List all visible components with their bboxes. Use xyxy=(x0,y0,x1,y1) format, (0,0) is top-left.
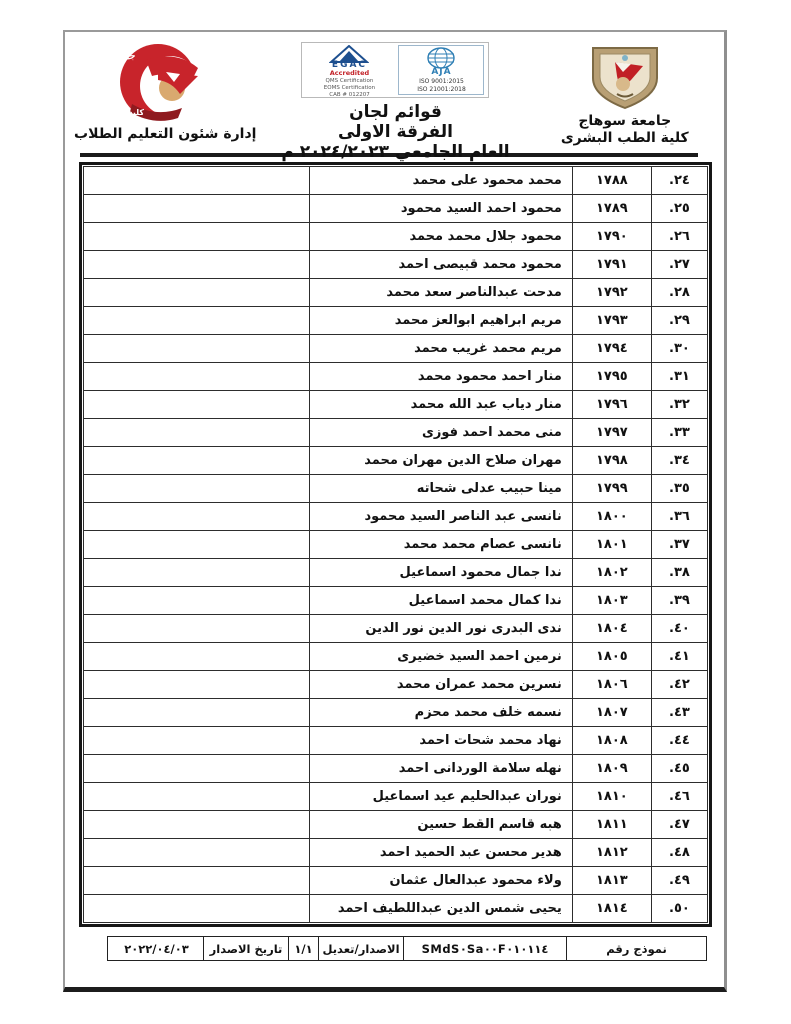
table-row: ٤٨.١٨١٢هدير محسن عبد الحميد احمد xyxy=(84,839,708,867)
issue-revision-value: ١/١ xyxy=(288,937,318,960)
empty-cell xyxy=(84,251,310,279)
student-name-cell: نوران عبدالحليم عيد اسماعيل xyxy=(310,783,572,811)
student-name-cell: مهران صلاح الدين مهران محمد xyxy=(310,447,572,475)
table-row: ٣٥.١٧٩٩مينا حبيب عدلى شحاته xyxy=(84,475,708,503)
empty-cell xyxy=(84,307,310,335)
student-name-cell: منار دياب عبد الله محمد xyxy=(310,391,572,419)
row-number-cell: ٤٢. xyxy=(651,671,707,699)
row-number-cell: ٣٤. xyxy=(651,447,707,475)
serial-number-cell: ١٧٩٥ xyxy=(572,363,651,391)
student-name-cell: هدير محسن عبد الحميد احمد xyxy=(310,839,572,867)
accreditation-logos: EGAC Accredited QMS Certification EOMS C… xyxy=(301,42,489,98)
student-name-cell: محمود جلال محمد محمد xyxy=(310,223,572,251)
table-row: ٢٩.١٧٩٣مريم ابراهيم ابوالعز محمد xyxy=(84,307,708,335)
egac-accredited: Accredited xyxy=(306,70,392,77)
serial-number-cell: ١٨٠٣ xyxy=(572,587,651,615)
serial-number-cell: ١٨٠٤ xyxy=(572,615,651,643)
faculty-name: كلية الطب البشرى xyxy=(561,130,689,147)
student-name-cell: نسرين محمد عمران محمد xyxy=(310,671,572,699)
doc-title-committees: قوائم لجان xyxy=(281,102,509,122)
scanned-page: { "header": { "university": "جامعة سوهاج… xyxy=(0,0,791,1024)
row-number-cell: ٤٣. xyxy=(651,699,707,727)
student-name-cell: مريم محمد غريب محمد xyxy=(310,335,572,363)
empty-cell xyxy=(84,783,310,811)
serial-number-cell: ١٧٨٨ xyxy=(572,167,651,195)
row-number-cell: ٣٩. xyxy=(651,587,707,615)
student-name-cell: هبه قاسم القط حسين xyxy=(310,811,572,839)
empty-cell xyxy=(84,223,310,251)
table-row: ٤٥.١٨٠٩نهله سلامة الوردانى احمد xyxy=(84,755,708,783)
row-number-cell: ٤٤. xyxy=(651,727,707,755)
serial-number-cell: ١٧٩٦ xyxy=(572,391,651,419)
row-number-cell: ٣٨. xyxy=(651,559,707,587)
header: جامعة سوهاج كلية الطب البشرى EGAC Accred… xyxy=(65,32,724,153)
table-row: ٣٧.١٨٠١نانسى عصام محمد محمد xyxy=(84,531,708,559)
student-name-cell: محمود محمد قبيصى احمد xyxy=(310,251,572,279)
empty-cell xyxy=(84,559,310,587)
serial-number-cell: ١٧٩١ xyxy=(572,251,651,279)
serial-number-cell: ١٧٩٨ xyxy=(572,447,651,475)
egac-cert-line2: EOMS Certification xyxy=(306,85,392,91)
row-number-cell: ٣٣. xyxy=(651,419,707,447)
row-number-cell: ٤٠. xyxy=(651,615,707,643)
row-number-cell: ٣٧. xyxy=(651,531,707,559)
table-row: ٤٦.١٨١٠نوران عبدالحليم عيد اسماعيل xyxy=(84,783,708,811)
empty-cell xyxy=(84,335,310,363)
table-row: ٤٤.١٨٠٨نهاد محمد شحات احمد xyxy=(84,727,708,755)
student-name-cell: نسمه خلف محمد محزم xyxy=(310,699,572,727)
serial-number-cell: ١٨٠٠ xyxy=(572,503,651,531)
row-number-cell: ٤٧. xyxy=(651,811,707,839)
serial-number-cell: ١٧٩٢ xyxy=(572,279,651,307)
serial-number-cell: ١٨١٢ xyxy=(572,839,651,867)
table-row: ٢٨.١٧٩٢مدحت عبدالناصر سعد محمد xyxy=(84,279,708,307)
row-number-cell: ٢٦. xyxy=(651,223,707,251)
university-shield-icon xyxy=(587,46,663,110)
egac-logo: EGAC Accredited QMS Certification EOMS C… xyxy=(306,45,392,95)
student-name-cell: ندا جمال محمود اسماعيل xyxy=(310,559,572,587)
serial-number-cell: ١٨٠٥ xyxy=(572,643,651,671)
egac-cert-line3: CAB # 012207 xyxy=(306,92,392,98)
empty-cell xyxy=(84,531,310,559)
aja-logo: AJA ISO 9001:2015 ISO 21001:2018 xyxy=(398,45,484,95)
svg-text:كلية الطب: كلية الطب xyxy=(106,108,144,117)
student-name-cell: ولاء محمود عبدالعال عثمان xyxy=(310,867,572,895)
serial-number-cell: ١٧٩٣ xyxy=(572,307,651,335)
table-row: ٣٤.١٧٩٨مهران صلاح الدين مهران محمد xyxy=(84,447,708,475)
doc-title-academic-year: العام الجامعي ٢٠٢٤/٢٠٢٣ م xyxy=(281,142,509,162)
student-name-cell: محمد محمود على محمد xyxy=(310,167,572,195)
serial-number-cell: ١٨١٤ xyxy=(572,895,651,923)
egac-cert-line1: QMS Certification xyxy=(306,78,392,84)
table-row: ٢٤.١٧٨٨محمد محمود على محمد xyxy=(84,167,708,195)
serial-number-cell: ١٧٨٩ xyxy=(572,195,651,223)
student-name-cell: نهله سلامة الوردانى احمد xyxy=(310,755,572,783)
aja-iso-line2: ISO 21001:2018 xyxy=(399,86,483,93)
serial-number-cell: ١٧٩٧ xyxy=(572,419,651,447)
issue-date-value: ٢٠٢٢/٠٤/٠٣ xyxy=(110,937,203,960)
empty-cell xyxy=(84,671,310,699)
empty-cell xyxy=(84,727,310,755)
serial-number-cell: ١٧٩٩ xyxy=(572,475,651,503)
row-number-cell: ٣٥. xyxy=(651,475,707,503)
form-number-code: SMdS٠Sa٠٠F٠١٠١١٤ xyxy=(403,937,566,960)
students-table: ٢٤.١٧٨٨محمد محمود على محمد٢٥.١٧٨٩محمود ا… xyxy=(83,166,708,923)
serial-number-cell: ١٨٠٧ xyxy=(572,699,651,727)
table-row: ٤٠.١٨٠٤ندى البدرى نور الدين نور الدين xyxy=(84,615,708,643)
serial-number-cell: ١٧٩٠ xyxy=(572,223,651,251)
department-name: إدارة شئون التعليم الطلاب xyxy=(74,126,256,142)
issue-date-label: تاريخ الاصدار xyxy=(203,937,288,960)
table-row: ٣٩.١٨٠٣ندا كمال محمد اسماعيل xyxy=(84,587,708,615)
issue-revision-label: الاصدار/تعديل xyxy=(318,937,403,960)
aja-globe-icon xyxy=(426,47,456,69)
student-name-cell: ندى البدرى نور الدين نور الدين xyxy=(310,615,572,643)
row-number-cell: ٥٠. xyxy=(651,895,707,923)
student-name-cell: مينا حبيب عدلى شحاته xyxy=(310,475,572,503)
row-number-cell: ٣٠. xyxy=(651,335,707,363)
table-row: ٣٠.١٧٩٤مريم محمد غريب محمد xyxy=(84,335,708,363)
student-name-cell: منى محمد احمد فوزى xyxy=(310,419,572,447)
aja-iso-line1: ISO 9001:2015 xyxy=(399,78,483,85)
row-number-cell: ٣٦. xyxy=(651,503,707,531)
page-frame: جامعة سوهاج كلية الطب البشرى EGAC Accred… xyxy=(63,30,727,992)
table-row: ٤١.١٨٠٥نرمين احمد السيد خضيرى xyxy=(84,643,708,671)
row-number-cell: ٤٩. xyxy=(651,867,707,895)
serial-number-cell: ١٨١٣ xyxy=(572,867,651,895)
empty-cell xyxy=(84,391,310,419)
serial-number-cell: ١٧٩٤ xyxy=(572,335,651,363)
empty-cell xyxy=(84,699,310,727)
student-name-cell: يحيى شمس الدين عبداللطيف احمد xyxy=(310,895,572,923)
table-row: ٣٨.١٨٠٢ندا جمال محمود اسماعيل xyxy=(84,559,708,587)
row-number-cell: ٢٩. xyxy=(651,307,707,335)
table-row: ٢٦.١٧٩٠محمود جلال محمد محمد xyxy=(84,223,708,251)
serial-number-cell: ١٨٠٢ xyxy=(572,559,651,587)
student-name-cell: نانسى عبد الناصر السيد محمود xyxy=(310,503,572,531)
empty-cell xyxy=(84,755,310,783)
table-row: ٢٥.١٧٨٩محمود احمد السيد محمود xyxy=(84,195,708,223)
serial-number-cell: ١٨٠٨ xyxy=(572,727,651,755)
empty-cell xyxy=(84,867,310,895)
empty-cell xyxy=(84,167,310,195)
row-number-cell: ٤٦. xyxy=(651,783,707,811)
row-number-cell: ٤٥. xyxy=(651,755,707,783)
serial-number-cell: ١٨٠١ xyxy=(572,531,651,559)
empty-cell xyxy=(84,363,310,391)
serial-number-cell: ١٨٠٦ xyxy=(572,671,651,699)
empty-cell xyxy=(84,839,310,867)
header-university-block: جامعة سوهاج كلية الطب البشرى xyxy=(526,32,725,153)
university-name: جامعة سوهاج xyxy=(561,113,689,130)
row-number-cell: ٣٢. xyxy=(651,391,707,419)
serial-number-cell: ١٨١١ xyxy=(572,811,651,839)
table-row: ٣٣.١٧٩٧منى محمد احمد فوزى xyxy=(84,419,708,447)
student-name-cell: نرمين احمد السيد خضيرى xyxy=(310,643,572,671)
empty-cell xyxy=(84,195,310,223)
table-row: ٣٦.١٨٠٠نانسى عبد الناصر السيد محمود xyxy=(84,503,708,531)
footer-form-bar: نموذج رقم SMdS٠Sa٠٠F٠١٠١١٤ الاصدار/تعديل… xyxy=(107,936,707,961)
table-row: ٤٣.١٨٠٧نسمه خلف محمد محزم xyxy=(84,699,708,727)
empty-cell xyxy=(84,643,310,671)
empty-cell xyxy=(84,419,310,447)
empty-cell xyxy=(84,279,310,307)
row-number-cell: ٤١. xyxy=(651,643,707,671)
serial-number-cell: ١٨٠٩ xyxy=(572,755,651,783)
row-number-cell: ٣١. xyxy=(651,363,707,391)
doc-title-year-group: الفرقة الاولى xyxy=(281,122,509,142)
row-number-cell: ٤٨. xyxy=(651,839,707,867)
header-title-block: EGAC Accredited QMS Certification EOMS C… xyxy=(265,32,525,153)
empty-cell xyxy=(84,895,310,923)
faculty-crescent-icon: جامعة سوهاج كلية الطب xyxy=(106,42,224,122)
table-row: ٢٧.١٧٩١محمود محمد قبيصى احمد xyxy=(84,251,708,279)
serial-number-cell: ١٨١٠ xyxy=(572,783,651,811)
row-number-cell: ٢٤. xyxy=(651,167,707,195)
row-number-cell: ٢٥. xyxy=(651,195,707,223)
table-row: ٥٠.١٨١٤يحيى شمس الدين عبداللطيف احمد xyxy=(84,895,708,923)
empty-cell xyxy=(84,587,310,615)
aja-name: AJA xyxy=(399,68,483,77)
table-row: ٤٩.١٨١٣ولاء محمود عبدالعال عثمان xyxy=(84,867,708,895)
empty-cell xyxy=(84,811,310,839)
student-name-cell: نانسى عصام محمد محمد xyxy=(310,531,572,559)
empty-cell xyxy=(84,503,310,531)
student-name-cell: مدحت عبدالناصر سعد محمد xyxy=(310,279,572,307)
student-name-cell: محمود احمد السيد محمود xyxy=(310,195,572,223)
table-row: ٤٧.١٨١١هبه قاسم القط حسين xyxy=(84,811,708,839)
row-number-cell: ٢٧. xyxy=(651,251,707,279)
empty-cell xyxy=(84,475,310,503)
student-name-cell: ندا كمال محمد اسماعيل xyxy=(310,587,572,615)
students-table-frame: ٢٤.١٧٨٨محمد محمود على محمد٢٥.١٧٨٩محمود ا… xyxy=(79,162,712,927)
table-row: ٤٢.١٨٠٦نسرين محمد عمران محمد xyxy=(84,671,708,699)
empty-cell xyxy=(84,615,310,643)
student-name-cell: مريم ابراهيم ابوالعز محمد xyxy=(310,307,572,335)
row-number-cell: ٢٨. xyxy=(651,279,707,307)
table-row: ٣٢.١٧٩٦منار دياب عبد الله محمد xyxy=(84,391,708,419)
table-row: ٣١.١٧٩٥منار احمد محمود محمد xyxy=(84,363,708,391)
student-name-cell: منار احمد محمود محمد xyxy=(310,363,572,391)
form-number-label: نموذج رقم xyxy=(566,937,706,960)
empty-cell xyxy=(84,447,310,475)
student-name-cell: نهاد محمد شحات احمد xyxy=(310,727,572,755)
students-table-body: ٢٤.١٧٨٨محمد محمود على محمد٢٥.١٧٨٩محمود ا… xyxy=(84,167,708,923)
header-department-block: جامعة سوهاج كلية الطب إدارة شئون التعليم… xyxy=(65,32,265,153)
